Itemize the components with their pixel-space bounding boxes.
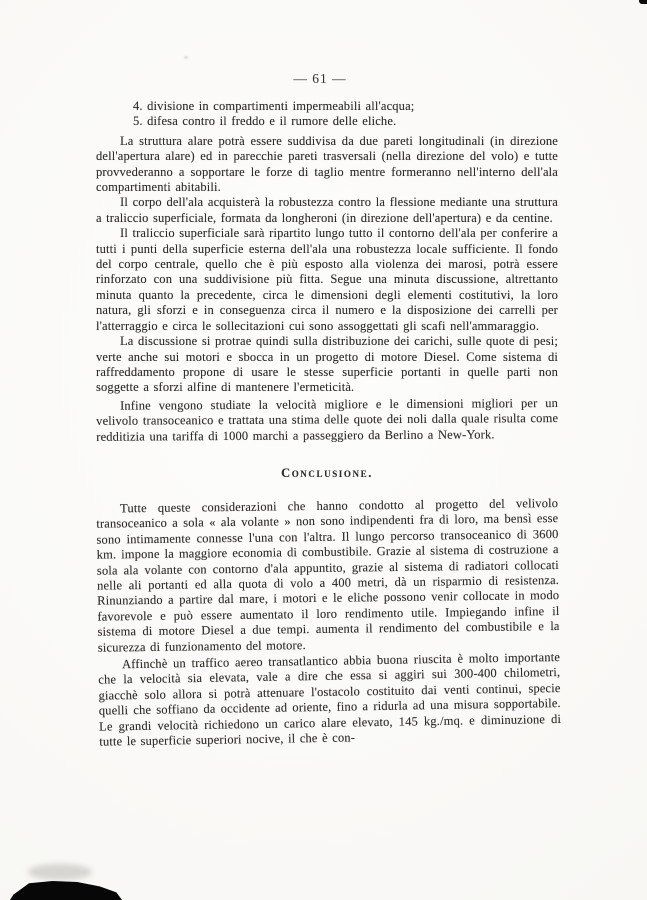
paragraph: La struttura alare potrà essere suddivis… [96, 134, 558, 196]
list-item: 4. divisione in compartimenti impermeabi… [133, 99, 558, 114]
section-heading: Conclusione. [96, 466, 558, 481]
scanned-book-page: — 61 — 4. divisione in compartimenti imp… [0, 0, 647, 900]
paragraph: La discussione si protrae quindi sulla d… [96, 334, 558, 396]
paragraph: Infine vengono studiate la velocità migl… [96, 396, 558, 445]
scan-artifact-corner-mark [639, 0, 647, 4]
paragraph: Tutte queste considerazioni che hanno co… [96, 496, 560, 656]
paragraph: Il traliccio superficiale sarà ripartito… [96, 226, 558, 334]
page-content: 4. divisione in compartimenti impermeabi… [96, 99, 558, 743]
scan-artifact-ink-blot [10, 881, 122, 900]
conclusion-section: Tutte queste considerazioni che hanno co… [96, 496, 561, 748]
scan-artifact-speck [184, 56, 188, 59]
numbered-list: 4. divisione in compartimenti impermeabi… [96, 99, 558, 130]
list-item: 5. difesa contro il freddo e il rumore d… [133, 114, 558, 129]
paragraph: Affinchè un traffico aereo transatlantic… [98, 650, 561, 750]
scan-artifact-smudge [28, 864, 92, 880]
paragraph: Il corpo dell'ala acquisterà la robustez… [96, 195, 558, 226]
page-number: — 61 — [96, 71, 544, 87]
